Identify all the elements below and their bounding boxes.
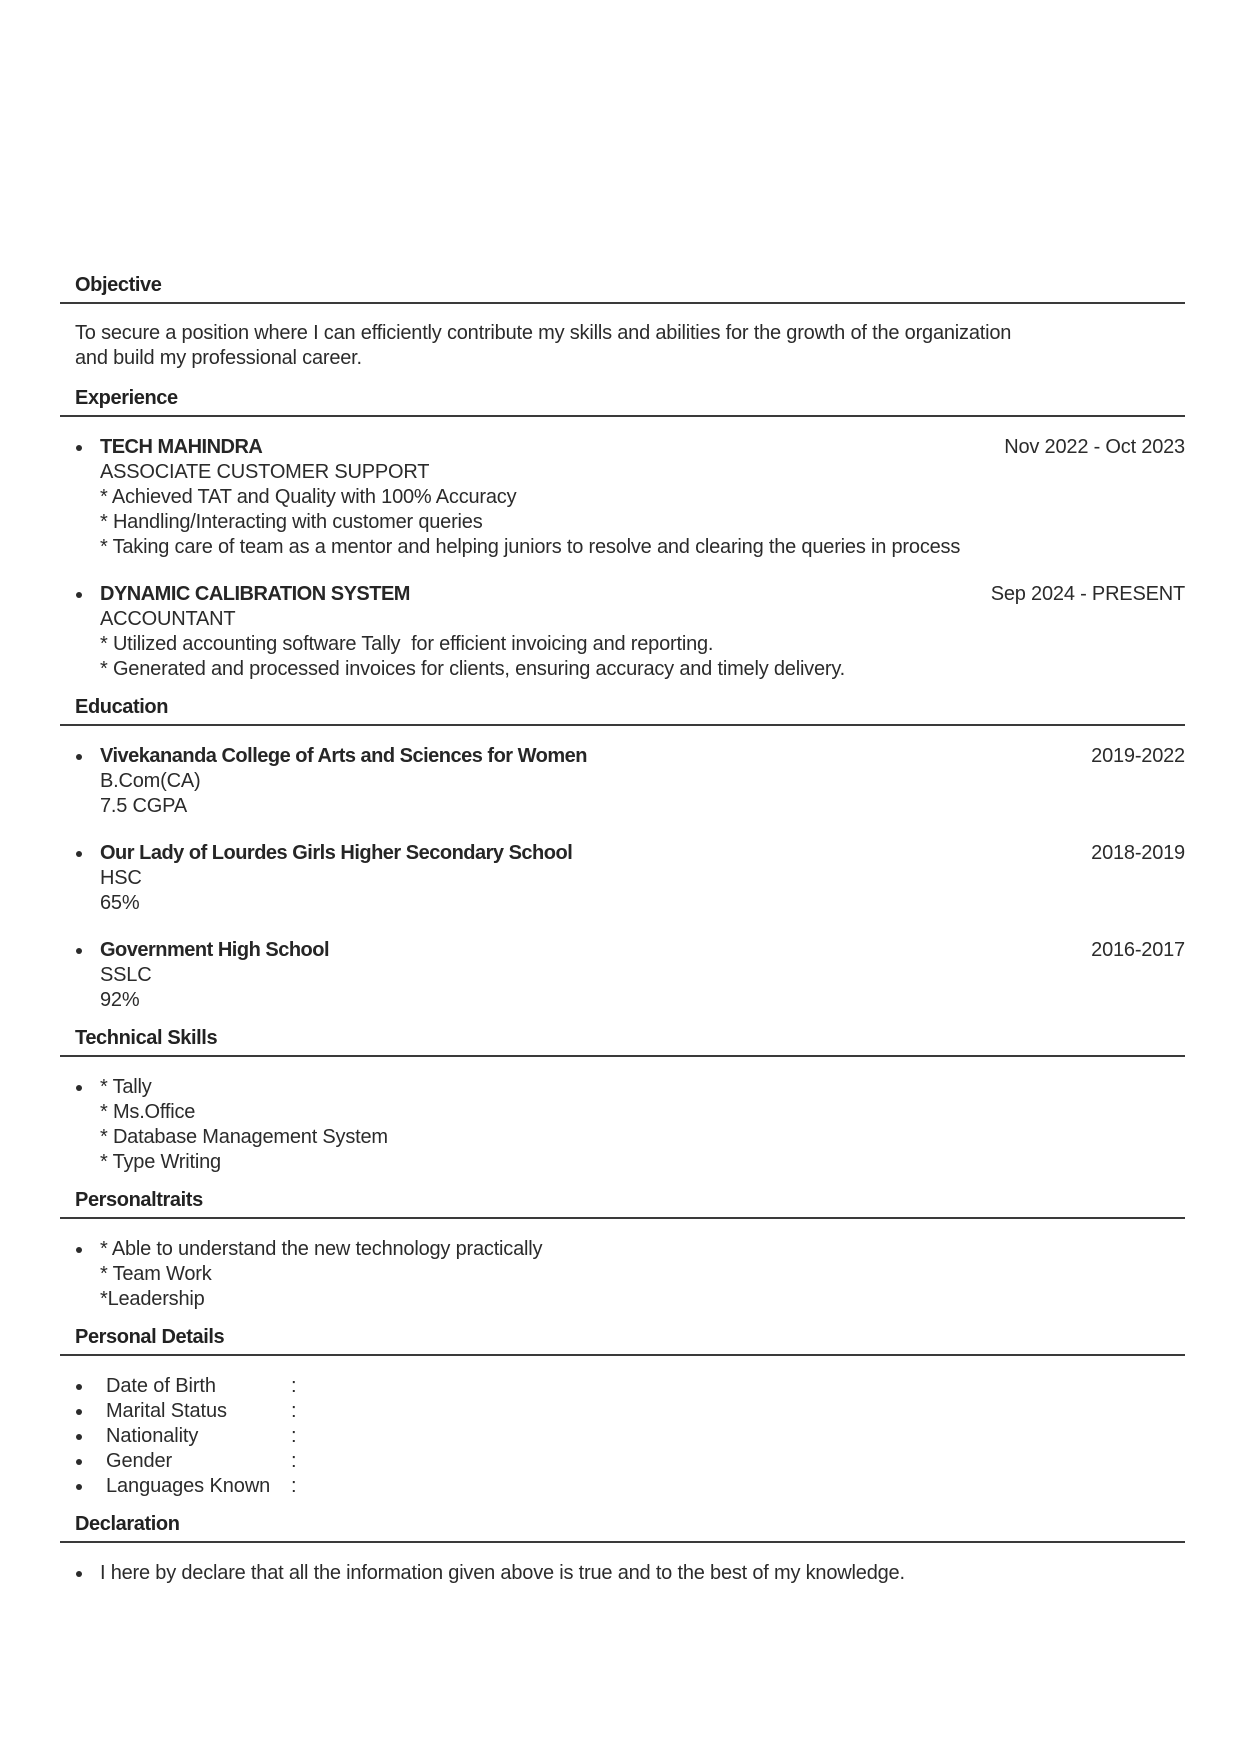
declaration-entry: I here by declare that all the informati… [75,1561,1185,1586]
section-heading-experience: Experience [60,385,1185,417]
skill-item: * Database Management System [100,1125,1185,1150]
bullet-icon [76,1571,82,1577]
trait-item: *Leadership [100,1287,1185,1312]
section-heading-personal-details: Personal Details [60,1324,1185,1356]
skill-item: * Tally [100,1075,1185,1100]
bullet-icon [76,1434,82,1440]
employment-dates: Nov 2022 - Oct 2023 [1004,435,1185,460]
detail-label-gender: Gender [106,1449,291,1474]
detail-separator: : [291,1424,297,1449]
skills-list: * Tally * Ms.Office * Database Managemen… [75,1075,1185,1175]
job-point: * Utilized accounting software Tally for… [100,632,1185,657]
education-entry: Government High School 2016-2017 SSLC 92… [75,938,1185,1013]
job-point: * Handling/Interacting with customer que… [100,510,1185,535]
personal-details-section: Personal Details Date of Birth: Marital … [60,1324,1185,1511]
personal-detail-row: Gender: [75,1449,1185,1474]
objective-text-line: and build my professional career. [75,346,1185,371]
education-entry: Our Lady of Lourdes Girls Higher Seconda… [75,841,1185,916]
education-years: 2019-2022 [1091,744,1185,769]
experience-list: TECH MAHINDRA Nov 2022 - Oct 2023 ASSOCI… [75,435,1185,682]
objective-section: Objective To secure a position where I c… [60,272,1185,385]
section-heading-technical-skills: Technical Skills [60,1025,1185,1057]
personal-detail-row: Marital Status: [75,1399,1185,1424]
score: 65% [100,891,1185,916]
bullet-icon [76,445,82,451]
job-point: * Achieved TAT and Quality with 100% Acc… [100,485,1185,510]
education-section: Education Vivekananda College of Arts an… [60,694,1185,1025]
job-role: ASSOCIATE CUSTOMER SUPPORT [100,460,1185,485]
education-years: 2018-2019 [1091,841,1185,866]
score: 92% [100,988,1185,1013]
employment-dates: Sep 2024 - PRESENT [991,582,1185,607]
trait-item: * Able to understand the new technology … [100,1237,1185,1262]
declaration-text: I here by declare that all the informati… [100,1561,1185,1586]
skills-entry: * Tally * Ms.Office * Database Managemen… [75,1075,1185,1175]
traits-list: * Able to understand the new technology … [75,1237,1185,1312]
declaration-list: I here by declare that all the informati… [75,1561,1185,1586]
institution-name: Government High School [100,938,1185,963]
job-role: ACCOUNTANT [100,607,1185,632]
trait-item: * Team Work [100,1262,1185,1287]
objective-text-line: To secure a position where I can efficie… [75,321,1185,346]
technical-skills-section: Technical Skills * Tally * Ms.Office * D… [60,1025,1185,1187]
institution-name: Vivekananda College of Arts and Sciences… [100,744,1185,769]
job-point: * Generated and processed invoices for c… [100,657,1185,682]
degree: SSLC [100,963,1185,988]
bullet-icon [76,1409,82,1415]
declaration-section: Declaration I here by declare that all t… [60,1511,1185,1598]
experience-entry: DYNAMIC CALIBRATION SYSTEM Sep 2024 - PR… [75,582,1185,682]
experience-entry: TECH MAHINDRA Nov 2022 - Oct 2023 ASSOCI… [75,435,1185,560]
bullet-icon [76,851,82,857]
personal-detail-row: Date of Birth: [75,1374,1185,1399]
score: 7.5 CGPA [100,794,1185,819]
resume-page: Objective To secure a position where I c… [60,272,1185,1598]
bullet-icon [76,1247,82,1253]
bullet-icon [76,1384,82,1390]
personal-detail-row: Languages Known: [75,1474,1185,1499]
skill-item: * Ms.Office [100,1100,1185,1125]
detail-separator: : [291,1399,297,1424]
degree: B.Com(CA) [100,769,1185,794]
bullet-icon [76,592,82,598]
education-list: Vivekananda College of Arts and Sciences… [75,744,1185,1013]
section-heading-declaration: Declaration [60,1511,1185,1543]
detail-separator: : [291,1374,297,1399]
detail-label-nationality: Nationality [106,1424,291,1449]
education-years: 2016-2017 [1091,938,1185,963]
detail-separator: : [291,1474,297,1499]
bullet-icon [76,1085,82,1091]
section-heading-personal-traits: Personaltraits [60,1187,1185,1219]
personal-detail-row: Nationality: [75,1424,1185,1449]
bullet-icon [76,948,82,954]
detail-label-marital-status: Marital Status [106,1399,291,1424]
personal-traits-section: Personaltraits * Able to understand the … [60,1187,1185,1324]
degree: HSC [100,866,1185,891]
detail-label-languages: Languages Known [106,1474,291,1499]
section-heading-education: Education [60,694,1185,726]
bullet-icon [76,1459,82,1465]
bullet-icon [76,1484,82,1490]
skill-item: * Type Writing [100,1150,1185,1175]
section-heading-objective: Objective [60,272,1185,304]
bullet-icon [76,754,82,760]
traits-entry: * Able to understand the new technology … [75,1237,1185,1312]
detail-separator: : [291,1449,297,1474]
experience-section: Experience TECH MAHINDRA Nov 2022 - Oct … [60,385,1185,694]
job-point: * Taking care of team as a mentor and he… [100,535,1185,560]
institution-name: Our Lady of Lourdes Girls Higher Seconda… [100,841,1185,866]
education-entry: Vivekananda College of Arts and Sciences… [75,744,1185,819]
detail-label-dob: Date of Birth [106,1374,291,1399]
